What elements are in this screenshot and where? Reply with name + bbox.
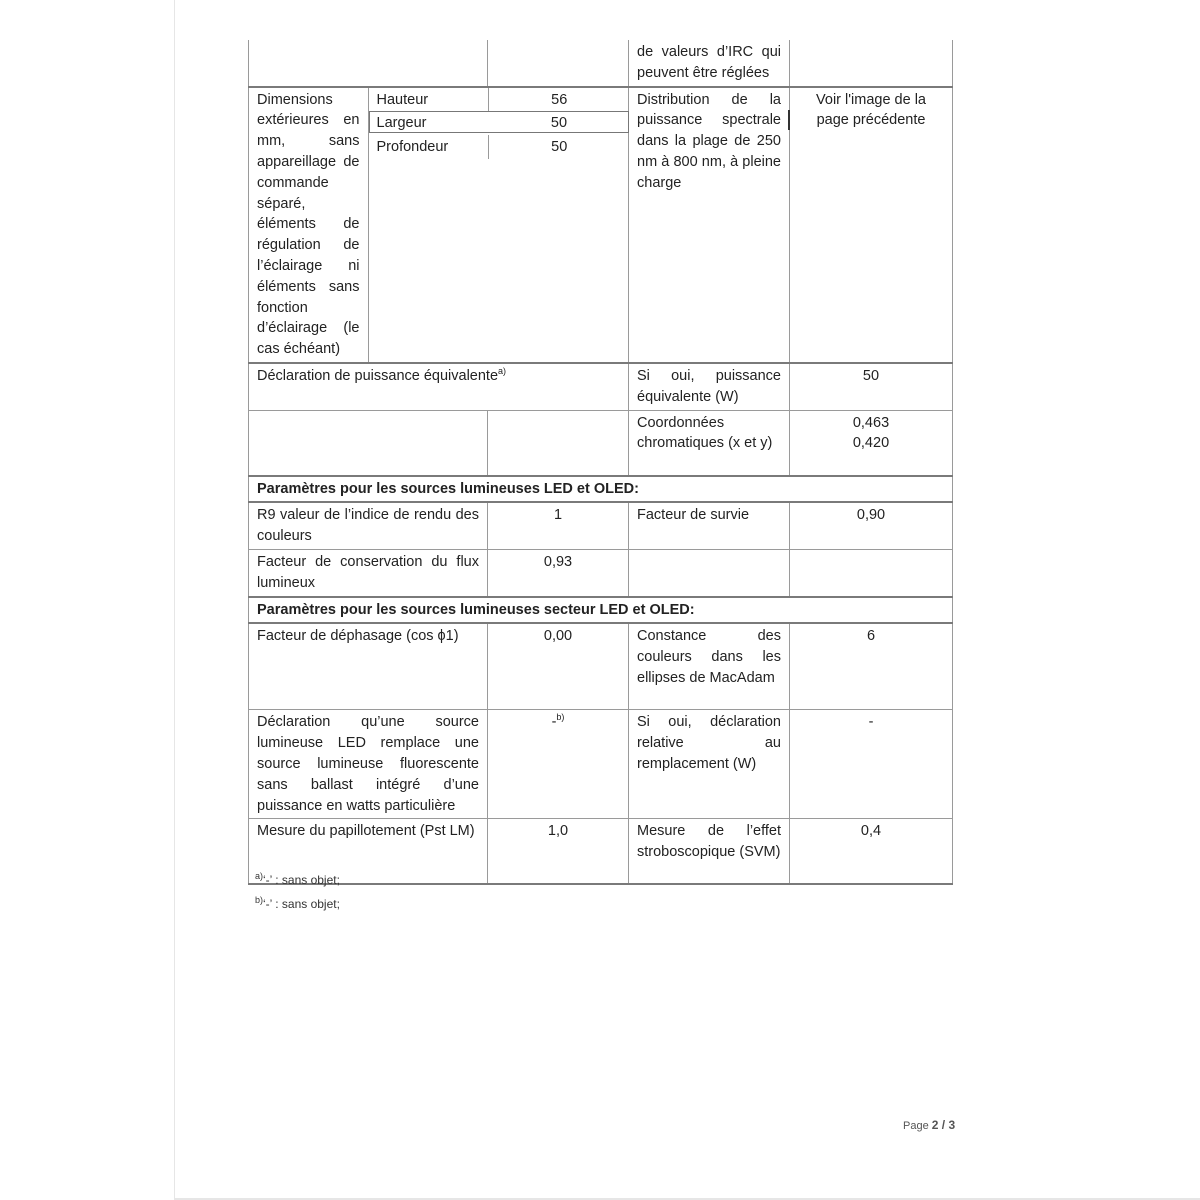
table-row: Paramètres pour les sources lumineuses s… — [249, 597, 953, 624]
survival-factor-label: Facteur de survie — [629, 502, 790, 549]
flicker-value: 1,0 — [488, 819, 629, 885]
cell-empty — [249, 410, 488, 476]
dimensions-label: Dimensions extérieures en mm, sans appar… — [249, 88, 368, 362]
table-row: Facteur de conservation du flux lumineux… — [249, 549, 953, 596]
text-cursor-mark — [788, 110, 790, 130]
dimension-row: Largeur 50 — [369, 111, 630, 135]
dimension-value: 56 — [489, 88, 630, 112]
chromaticity-values: 0,463 0,420 — [790, 410, 953, 476]
equivalent-power-question: Si oui, puissance équivalente (W) — [629, 363, 790, 410]
cell-empty — [790, 549, 953, 596]
cell-empty — [488, 410, 629, 476]
displacement-factor-label: Facteur de déphasage (cos ϕ1) — [249, 623, 488, 710]
cell-empty — [629, 549, 790, 596]
cell-empty — [249, 40, 488, 87]
table-row: Paramètres pour les sources lumineuses L… — [249, 476, 953, 503]
chromaticity-x: 0,463 — [798, 413, 944, 434]
page-number: Page 2 / 3 — [903, 1118, 955, 1132]
specification-table: de valeurs d’IRC qui peuvent être réglée… — [248, 40, 953, 885]
table-row: de valeurs d’IRC qui peuvent être réglée… — [249, 40, 953, 87]
section-heading-mains: Paramètres pour les sources lumineuses s… — [249, 597, 953, 624]
dimensions-cell: Dimensions extérieures en mm, sans appar… — [249, 87, 629, 363]
table-row: Déclaration qu’une source lumineuse LED … — [249, 710, 953, 819]
stroboscopic-label: Mesure de l’effet stroboscopique (SVM) — [629, 819, 790, 885]
table-row: R9 valeur de l’indice de rendu des coule… — [249, 502, 953, 549]
footnotes: a)‘-’ : sans objet; b)‘-’ : sans objet; — [255, 868, 340, 916]
colour-consistency-value: 6 — [790, 623, 953, 710]
spectral-distribution-label: Distribution de la puissance spectrale d… — [629, 87, 790, 363]
equivalent-power-label: Déclaration de puissance équivalentea) — [249, 363, 629, 410]
footnote-a: a)‘-’ : sans objet; — [255, 868, 340, 892]
equivalent-power-value: 50 — [790, 363, 953, 410]
replacement-claim-label: Déclaration qu’une source lumineuse LED … — [249, 710, 488, 819]
spectral-distribution-value: Voir l'image de la page précédente — [790, 87, 953, 363]
flux-maintenance-label: Facteur de conservation du flux lumineux — [249, 549, 488, 596]
dimensions-list: Hauteur 56 Largeur 50 Profondeur 50 — [369, 88, 630, 159]
table-row: Facteur de déphasage (cos ϕ1) 0,00 Const… — [249, 623, 953, 710]
stroboscopic-value: 0,4 — [790, 819, 953, 885]
dimension-row: Hauteur 56 — [369, 88, 630, 112]
dimension-row: Profondeur 50 — [369, 135, 630, 159]
table-row: Déclaration de puissance équivalentea) S… — [249, 363, 953, 410]
survival-factor-value: 0,90 — [790, 502, 953, 549]
dimension-name: Profondeur — [369, 135, 489, 159]
table-row: Coordonnées chromatiques (x et y) 0,463 … — [249, 410, 953, 476]
chromaticity-y: 0,420 — [798, 433, 944, 454]
colour-consistency-label: Constance des couleurs dans les ellipses… — [629, 623, 790, 710]
cell-empty — [488, 40, 629, 87]
table-row: Mesure du papillotement (Pst LM) 1,0 Mes… — [249, 819, 953, 885]
table-row: Dimensions extérieures en mm, sans appar… — [249, 87, 953, 363]
displacement-factor-value: 0,00 — [488, 623, 629, 710]
irc-continuation-cell: de valeurs d’IRC qui peuvent être réglée… — [629, 40, 790, 87]
footnote-b: b)‘-’ : sans objet; — [255, 892, 340, 916]
chromaticity-label: Coordonnées chromatiques (x et y) — [629, 410, 790, 476]
dimension-name: Hauteur — [369, 88, 489, 112]
r9-label: R9 valeur de l’indice de rendu des coule… — [249, 502, 488, 549]
dimension-name: Largeur — [369, 111, 489, 135]
page-edge — [174, 0, 175, 1200]
dimension-value: 50 — [489, 135, 630, 159]
replacement-watt-value: - — [790, 710, 953, 819]
r9-value: 1 — [488, 502, 629, 549]
replacement-watt-label: Si oui, déclaration relative au remplace… — [629, 710, 790, 819]
dimension-value: 50 — [489, 111, 630, 135]
flux-maintenance-value: 0,93 — [488, 549, 629, 596]
replacement-claim-value: -b) — [488, 710, 629, 819]
section-heading-led: Paramètres pour les sources lumineuses L… — [249, 476, 953, 503]
cell-empty — [790, 40, 953, 87]
